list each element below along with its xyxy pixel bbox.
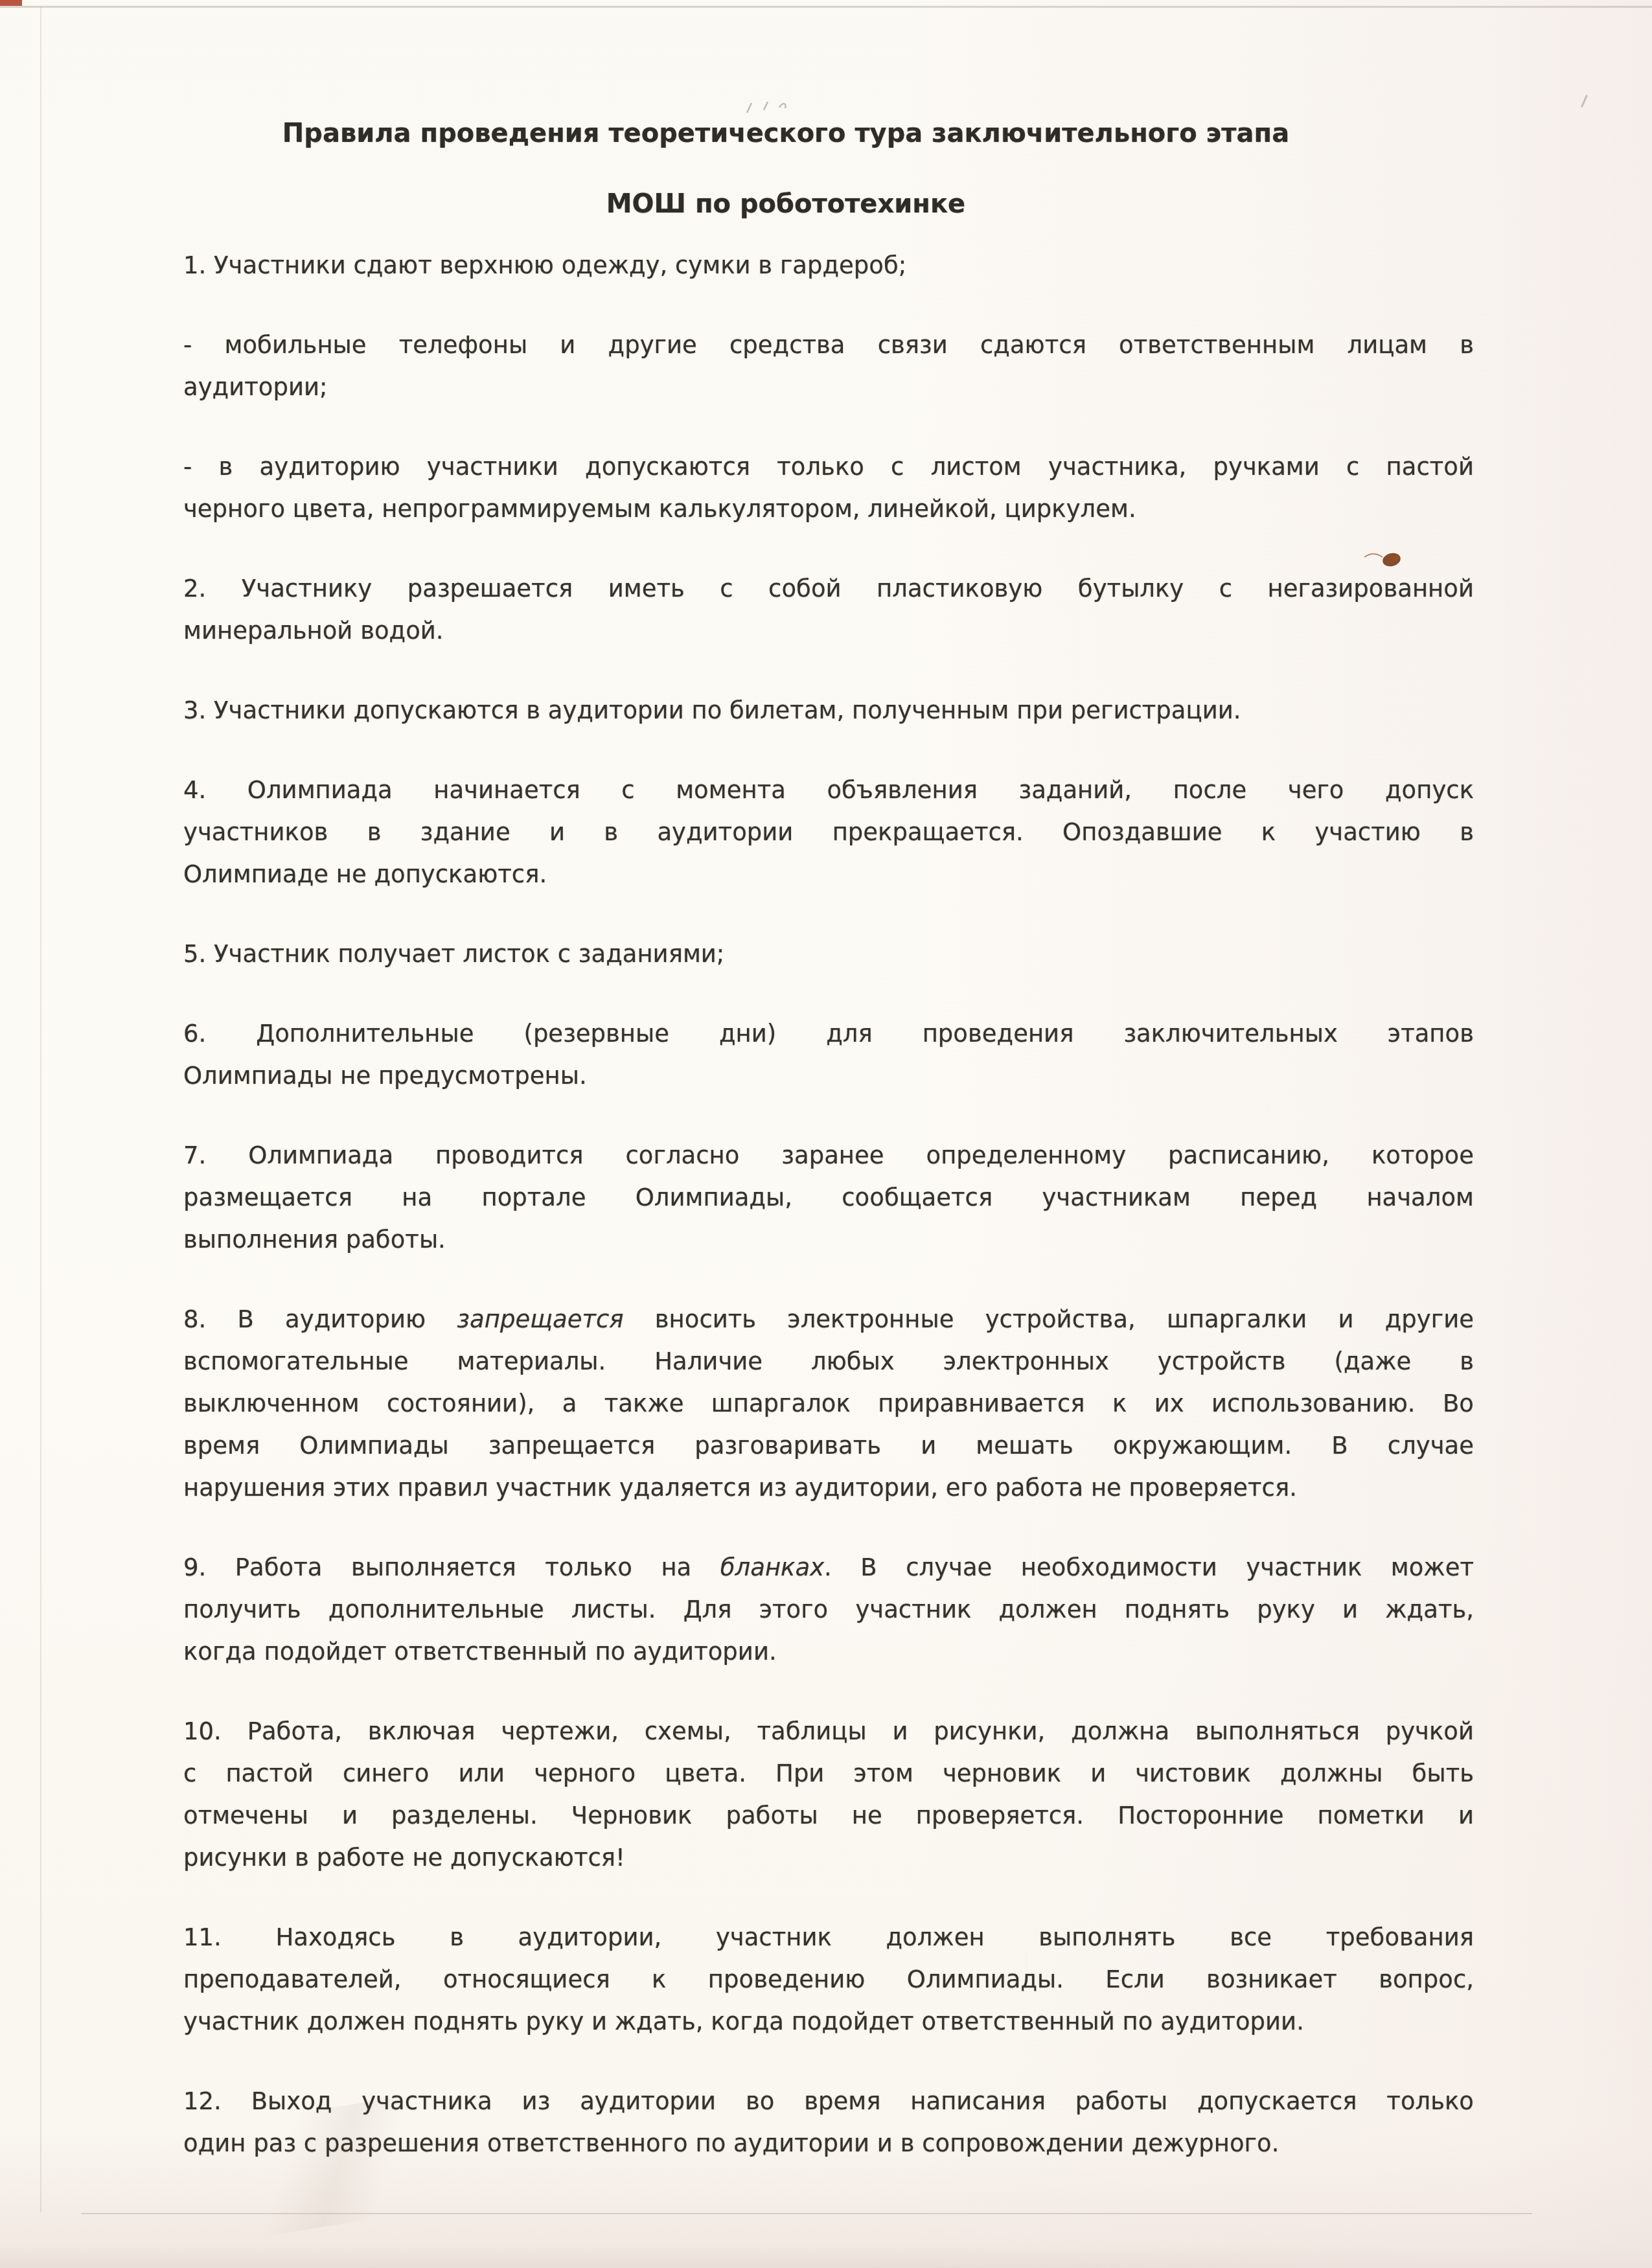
rule-text-italic: бланках: [720, 1553, 824, 1581]
rule-line: 4. Олимпиада начинается с момента объявл…: [183, 770, 1474, 812]
rule-paragraph: 9. Работа выполняется только на бланках.…: [183, 1547, 1474, 1673]
rule-paragraph: 6. Дополнительные (резервные дни) для пр…: [183, 1013, 1474, 1097]
rule-paragraph: 2. Участнику разрешается иметь с собой п…: [183, 568, 1474, 652]
rule-paragraph: 8. В аудиторию запрещается вносить элект…: [183, 1299, 1474, 1509]
rule-line: получить дополнительные листы. Для этого…: [183, 1589, 1474, 1631]
rule-text: выключенном состоянии), а также шпаргало…: [183, 1390, 1474, 1417]
rule-text: 9. Работа выполняется только на: [183, 1553, 720, 1581]
rule-line: размещается на портале Олимпиады, сообща…: [183, 1177, 1474, 1219]
scan-left-edge-line: [40, 6, 41, 2212]
rule-text: - в аудиторию участники допускаются толь…: [183, 453, 1474, 481]
rule-text: преподавателей, относящиеся к проведению…: [183, 1965, 1474, 1993]
rule-text: получить дополнительные листы. Для этого…: [183, 1596, 1474, 1623]
rule-text: вспомогательные материалы. Наличие любых…: [183, 1347, 1474, 1375]
rule-text: минеральной водой.: [183, 617, 444, 645]
document-title-line2: МОШ по робототехинке: [141, 185, 1431, 227]
rule-line: участников в здание и в аудитории прекра…: [183, 812, 1474, 854]
rule-text: 5. Участник получает листок с заданиями;: [183, 940, 724, 968]
rule-line: рисунки в работе не допускаются!: [183, 1837, 1474, 1879]
rule-line: 2. Участнику разрешается иметь с собой п…: [183, 568, 1474, 610]
rule-line: 11. Находясь в аудитории, участник долже…: [183, 1917, 1474, 1959]
rule-line: отмечены и разделены. Черновик работы не…: [183, 1795, 1474, 1837]
rule-text: 10. Работа, включая чертежи, схемы, табл…: [183, 1717, 1474, 1745]
rule-text: выполнения работы.: [183, 1226, 446, 1254]
rule-paragraph: 4. Олимпиада начинается с момента объявл…: [183, 770, 1474, 896]
rule-text: время Олимпиады запрещается разговариват…: [183, 1432, 1474, 1460]
rule-paragraph: 5. Участник получает листок с заданиями;: [183, 934, 1474, 976]
rule-line: 1. Участники сдают верхнюю одежду, сумки…: [183, 245, 1474, 287]
rule-text: 2. Участнику разрешается иметь с собой п…: [183, 575, 1474, 602]
rule-line: с пастой синего или черного цвета. При э…: [183, 1753, 1474, 1795]
rule-text: 8. В аудиторию: [183, 1305, 457, 1333]
rule-text: 7. Олимпиада проводится согласно заранее…: [183, 1141, 1474, 1169]
rule-line: 6. Дополнительные (резервные дни) для пр…: [183, 1013, 1474, 1055]
stray-pencil-mark: [1581, 95, 1588, 107]
rule-text: . В случае необходимости участник может: [824, 1553, 1474, 1581]
rule-line: черного цвета, непрограммируемым калькул…: [183, 488, 1474, 531]
rule-paragraph: 11. Находясь в аудитории, участник долже…: [183, 1917, 1474, 2043]
rule-line: Олимпиаде не допускаются.: [183, 854, 1474, 896]
rule-line: 9. Работа выполняется только на бланках.…: [183, 1547, 1474, 1589]
rules-container: 1. Участники сдают верхнюю одежду, сумки…: [183, 245, 1474, 2165]
rule-text: 3. Участники допускаются в аудитории по …: [183, 696, 1241, 724]
rule-line: минеральной водой.: [183, 610, 1474, 652]
rule-text: Олимпиаде не допускаются.: [183, 860, 547, 888]
rule-text: черного цвета, непрограммируемым калькул…: [183, 495, 1136, 523]
rule-line: 8. В аудиторию запрещается вносить элект…: [183, 1299, 1474, 1341]
rule-text: участник должен поднять руку и ждать, ко…: [183, 2008, 1304, 2035]
rule-text: участников в здание и в аудитории прекра…: [183, 818, 1474, 846]
scanned-document-page: Правила проведения теоретического тура з…: [0, 0, 1652, 2268]
rule-text: - мобильные телефоны и другие средства с…: [183, 331, 1474, 359]
scan-red-edge-mark: [0, 0, 22, 6]
rule-text: с пастой синего или черного цвета. При э…: [183, 1759, 1474, 1787]
rule-text: рисунки в работе не допускаются!: [183, 1844, 625, 1872]
rule-line: когда подойдет ответственный по аудитори…: [183, 1631, 1474, 1673]
rule-line: нарушения этих правил участник удаляется…: [183, 1467, 1474, 1509]
rule-text: отмечены и разделены. Черновик работы не…: [183, 1802, 1474, 1829]
rule-text: аудитории;: [183, 373, 327, 401]
rule-line: 10. Работа, включая чертежи, схемы, табл…: [183, 1711, 1474, 1753]
rule-paragraph: 1. Участники сдают верхнюю одежду, сумки…: [183, 245, 1474, 287]
rule-text: 11. Находясь в аудитории, участник долже…: [183, 1923, 1474, 1951]
rule-paragraph: 7. Олимпиада проводится согласно заранее…: [183, 1135, 1474, 1261]
rule-line: аудитории;: [183, 367, 1474, 409]
rule-text: размещается на портале Олимпиады, сообща…: [183, 1184, 1474, 1211]
rule-text: вносить электронные устройства, шпаргалк…: [624, 1305, 1474, 1333]
rule-line: преподавателей, относящиеся к проведению…: [183, 1959, 1474, 2001]
rule-line: время Олимпиады запрещается разговариват…: [183, 1425, 1474, 1467]
scan-top-edge-line: [0, 6, 1652, 8]
rule-line: 12. Выход участника из аудитории во врем…: [183, 2081, 1474, 2123]
rule-line: 7. Олимпиада проводится согласно заранее…: [183, 1135, 1474, 1177]
rule-paragraph: 10. Работа, включая чертежи, схемы, табл…: [183, 1711, 1474, 1879]
rule-text: 4. Олимпиада начинается с момента объявл…: [183, 776, 1474, 804]
rule-text: один раз с разрешения ответственного по …: [183, 2129, 1279, 2157]
rule-line: - мобильные телефоны и другие средства с…: [183, 325, 1474, 367]
rule-paragraph: - в аудиторию участники допускаются толь…: [183, 446, 1474, 531]
rule-text: 6. Дополнительные (резервные дни) для пр…: [183, 1020, 1474, 1048]
rule-text-italic: запрещается: [457, 1305, 623, 1333]
rule-line: выполнения работы.: [183, 1219, 1474, 1261]
rule-line: Олимпиады не предусмотрены.: [183, 1055, 1474, 1097]
rule-text: нарушения этих правил участник удаляется…: [183, 1474, 1297, 1502]
rule-line: 5. Участник получает листок с заданиями;: [183, 934, 1474, 976]
rule-text: 12. Выход участника из аудитории во врем…: [183, 2087, 1474, 2115]
document-title-line1: Правила проведения теоретического тура з…: [141, 114, 1431, 156]
rule-text: Олимпиады не предусмотрены.: [183, 1062, 587, 1090]
rule-paragraph: 3. Участники допускаются в аудитории по …: [183, 690, 1474, 732]
rule-text: когда подойдет ответственный по аудитори…: [183, 1638, 777, 1666]
rule-text: 1. Участники сдают верхнюю одежду, сумки…: [183, 251, 906, 279]
rule-paragraph: 12. Выход участника из аудитории во врем…: [183, 2081, 1474, 2165]
rule-line: участник должен поднять руку и ждать, ко…: [183, 2001, 1474, 2043]
rule-line: 3. Участники допускаются в аудитории по …: [183, 690, 1474, 732]
rule-line: выключенном состоянии), а также шпаргало…: [183, 1383, 1474, 1425]
document-text: Правила проведения теоретического тура з…: [183, 114, 1474, 2203]
rule-line: - в аудиторию участники допускаются толь…: [183, 446, 1474, 488]
rule-line: вспомогательные материалы. Наличие любых…: [183, 1341, 1474, 1383]
rule-line: один раз с разрешения ответственного по …: [183, 2123, 1474, 2165]
rule-paragraph: - мобильные телефоны и другие средства с…: [183, 325, 1474, 409]
